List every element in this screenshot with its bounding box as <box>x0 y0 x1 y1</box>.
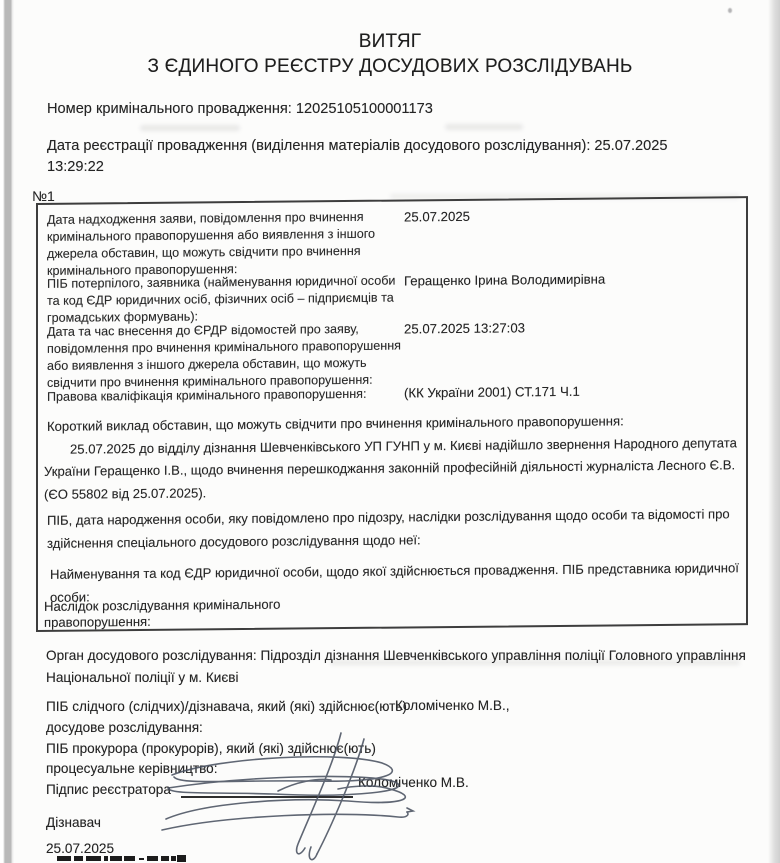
row-label-date-received: Дата надходження заяви, повідомлення про… <box>47 208 409 279</box>
row-value-date-received: 25.07.2025 <box>404 209 470 225</box>
record-table: Дата надходження заяви, повідомлення про… <box>36 196 748 632</box>
row-value-erdr-entry: 25.07.2025 13:27:03 <box>404 320 525 336</box>
row-value-qualification: (КК України 2001) СТ.171 Ч.1 <box>404 384 580 401</box>
scanned-document-page: ВИТЯГ З ЄДИНОГО РЕЄСТРУ ДОСУДОВИХ РОЗСЛІ… <box>0 0 780 863</box>
summary-text: 25.07.2025 до відділу дізнання Шевченків… <box>44 432 744 506</box>
scan-smudge <box>445 124 523 130</box>
case-number-line: Номер кримінального провадження: 1202510… <box>47 101 433 117</box>
row-label-erdr-entry: Дата та час внесення до ЄРДР відомостей … <box>47 320 409 391</box>
registrar-signature-label: Підпис реєстратора <box>46 779 171 801</box>
registration-line2: 13:29:22 <box>47 159 104 175</box>
scan-edge-right <box>768 0 780 863</box>
document-title-line1: ВИТЯГ <box>0 31 780 53</box>
position-label: Дізнавач <box>46 812 101 834</box>
row-label-victim: ПІБ потерпілого, заявника (найменування … <box>47 272 409 326</box>
cutoff-text-tops <box>0 855 780 863</box>
suspect-heading: ПІБ, дата народження особи, яку повідомл… <box>47 503 749 555</box>
scan-smudge <box>140 125 240 131</box>
registration-line1: Дата реєстрації провадження (виділення м… <box>47 138 667 154</box>
investigator-name: Коломіченко М.В., <box>395 695 510 717</box>
handwritten-signature <box>158 731 463 862</box>
scan-edge-left <box>0 0 14 863</box>
investigator-label-line1: ПІБ слідчого (слідчих)/дізнавача, який (… <box>46 696 407 718</box>
summary-heading: Короткий виклад обставин, що можуть свід… <box>47 412 741 434</box>
row-value-victim: Геращенко Ірина Володимирівна <box>404 272 605 289</box>
investigating-authority: Орган досудового розслідування: Підрозді… <box>46 645 748 690</box>
row-label-qualification: Правова кваліфікація кримінального право… <box>47 385 409 405</box>
outcome-label: Наслідок розслідування кримінального пра… <box>44 596 344 632</box>
pen-mark-dot <box>728 8 732 13</box>
document-title-line2: З ЄДИНОГО РЕЄСТРУ ДОСУДОВИХ РОЗСЛІДУВАНЬ <box>0 56 780 78</box>
record-number: №1 <box>32 188 55 204</box>
